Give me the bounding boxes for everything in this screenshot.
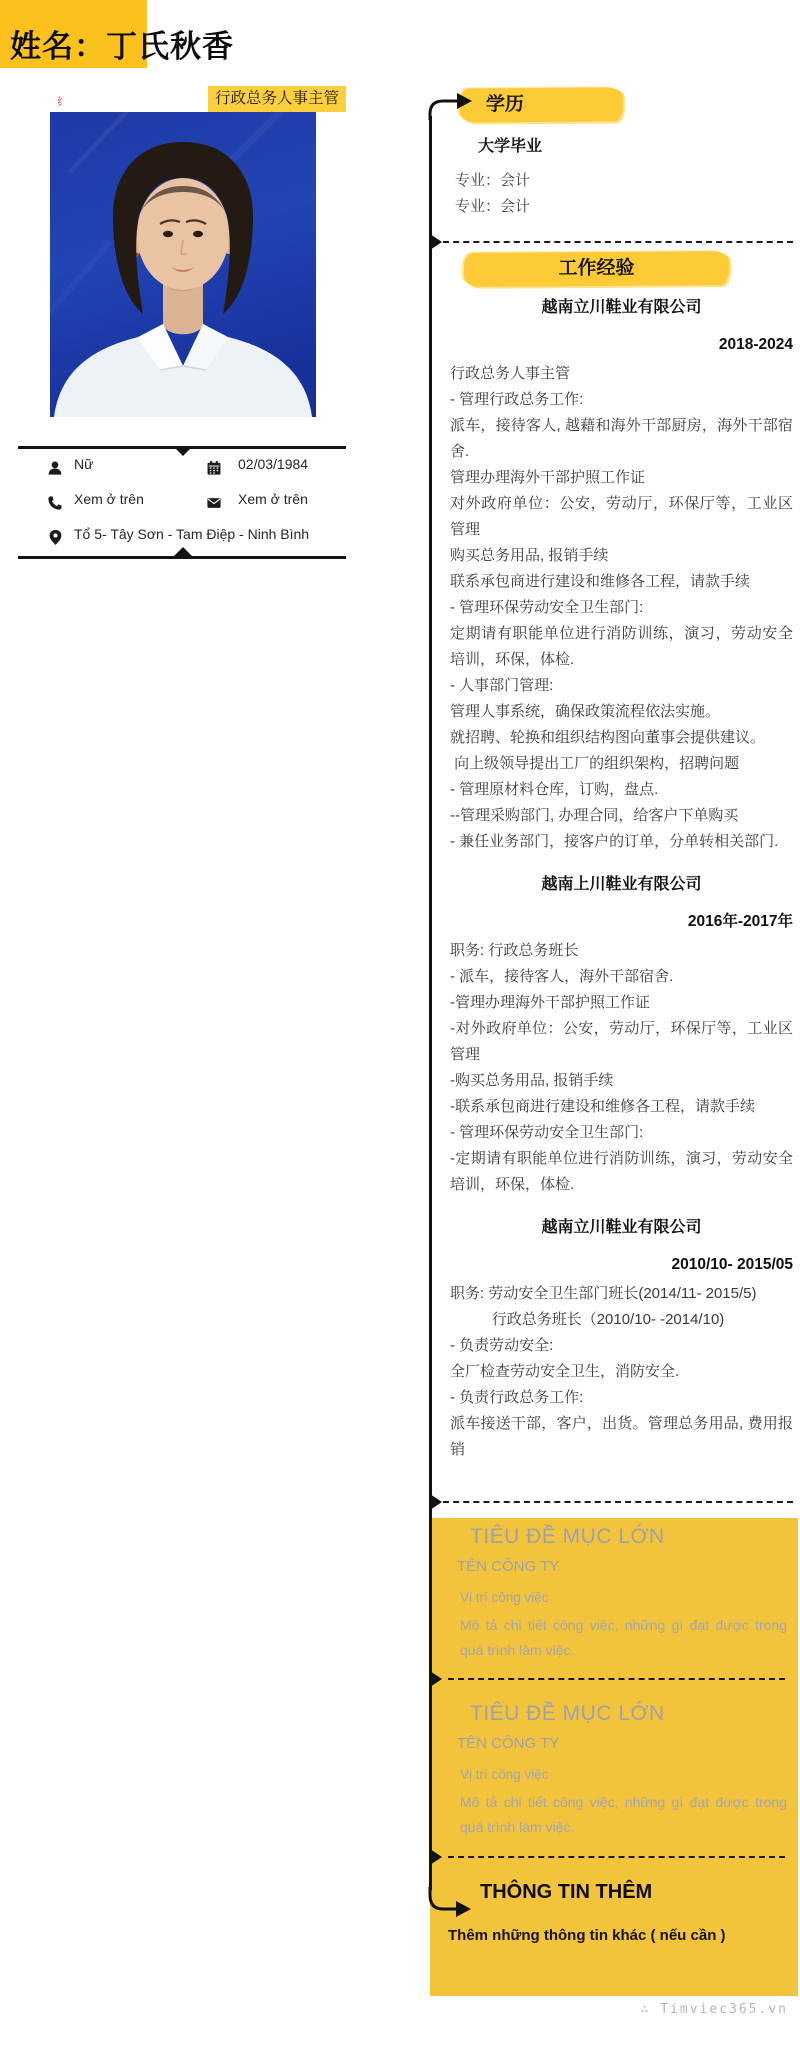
experience-line: 向上级领导提出工厂的组织架构，招聘问题 xyxy=(450,751,793,777)
user-icon xyxy=(48,461,62,475)
more-info-title: THÔNG TIN THÊM xyxy=(430,1880,798,1904)
experience-line: 派车接送干部，客户，出货。管理总务用品, 费用报销 xyxy=(450,1411,793,1463)
experience-line: - 管理环保劳动安全卫生部门: xyxy=(450,595,793,621)
timeline-line xyxy=(429,116,432,1890)
experience-line: -对外政府单位：公安，劳动厅，环保厅等，工业区管理 xyxy=(450,1016,793,1068)
job-lines: 行政总务人事主管- 管理行政总务工作:派车，接待客人, 越藉和海外干部厨房，海外… xyxy=(450,361,793,855)
job-period: 2018-2024 xyxy=(450,336,793,354)
placeholder-description: Mô tả chi tiết công việc, những gì đạt đ… xyxy=(457,1790,787,1840)
placeholder-panel: TIÊU ĐỀ MỤC LỚN TÊN CÔNG TY Vị trí công … xyxy=(430,1518,798,1996)
experience-line: 职务: 行政总务班长 xyxy=(450,938,793,964)
calendar-icon xyxy=(207,461,221,475)
job-lines: 职务: 行政总务班长- 派车，接待客人，海外干部宿舍.-管理办理海外干部护照工作… xyxy=(450,938,793,1198)
experience-line: 职务: 劳动安全卫生部门班长(2014/11- 2015/5) xyxy=(450,1281,793,1307)
triangle-up-icon xyxy=(173,547,193,557)
divider-dashed xyxy=(443,241,793,243)
job-block: 越南立川鞋业有限公司 2010/10- 2015/05 职务: 劳动安全卫生部门… xyxy=(450,1218,793,1463)
experience-line: - 负责劳动安全: xyxy=(450,1333,793,1359)
experience-section-header: 工作经验 xyxy=(464,252,729,286)
experience-line: 行政总务人事主管 xyxy=(450,361,793,387)
experience-line: - 负责行政总务工作: xyxy=(450,1385,793,1411)
arrow-right-icon xyxy=(428,1887,474,1921)
placeholder-position: Vị trí công việc xyxy=(457,1590,787,1606)
candidate-name: 姓名：丁氏秋香 xyxy=(10,21,234,66)
watermark: ∴ Timviec365.vn xyxy=(641,2002,788,2017)
placeholder-block: TIÊU ĐỀ MỤC LỚN TÊN CÔNG TY Vị trí công … xyxy=(457,1701,787,1840)
experience-line: 对外政府单位：公安，劳动厅，环保厅等，工业区管理 xyxy=(450,491,793,543)
job-block: 越南上川鞋业有限公司 2016年-2017年 职务: 行政总务班长- 派车，接待… xyxy=(450,875,793,1198)
experience-line: - 人事部门管理: xyxy=(450,673,793,699)
experience-line: - 管理环保劳动安全卫生部门: xyxy=(450,1120,793,1146)
experience-line: -联系承包商进行建设和维修各工程，请款手续 xyxy=(450,1094,793,1120)
birthdate-value: 02/03/1984 xyxy=(238,456,308,472)
job-title-badge: 行政总务人事主管 xyxy=(208,86,346,112)
experience-line: 管理办理海外干部护照工作证 xyxy=(450,465,793,491)
timeline-marker-icon xyxy=(430,1494,442,1510)
experience-line: 管理人事系统，确保政策流程依法实施。 xyxy=(450,699,793,725)
experience-line: --管理采购部门, 办理合同，给客户下单购买 xyxy=(450,803,793,829)
experience-line: - 管理原材料仓库，订购，盘点. xyxy=(450,777,793,803)
education-degree: 大学毕业 xyxy=(478,133,542,156)
education-major: 专业：会计 xyxy=(455,169,530,190)
company-name: 越南立川鞋业有限公司 xyxy=(450,298,793,317)
experience-line: 定期请有职能单位进行消防训练，演习，劳动安全培训，环保，体检. xyxy=(450,621,793,673)
placeholder-description: Mô tả chi tiết công việc, những gì đạt đ… xyxy=(457,1613,787,1663)
experience-line: - 管理行政总务工作: xyxy=(450,387,793,413)
experience-line: 联系承包商进行建设和维修各工程，请款手续 xyxy=(450,569,793,595)
phone-icon xyxy=(48,496,62,510)
job-period: 2016年-2017年 xyxy=(450,913,793,931)
location-icon xyxy=(49,530,63,544)
email-value: Xem ở trên xyxy=(238,491,308,507)
resume-page: { "header": { "name": "姓名：丁氏秋香", "subtit… xyxy=(0,0,800,2059)
company-name: 越南上川鞋业有限公司 xyxy=(450,875,793,894)
mail-icon xyxy=(207,496,221,510)
placeholder-position: Vị trí công việc xyxy=(457,1767,787,1783)
divider-dashed xyxy=(448,1678,785,1680)
experience-line: 派车，接待客人, 越藉和海外干部厨房，海外干部宿舍. xyxy=(450,413,793,465)
experience-line: -定期请有职能单位进行消防训练，演习，劳动安全培训，环保，体检. xyxy=(450,1146,793,1198)
experience-line: 全厂检查劳动安全卫生，消防安全. xyxy=(450,1359,793,1385)
experience-line: -管理办理海外干部护照工作证 xyxy=(450,990,793,1016)
education-major: 专业：会计 xyxy=(455,195,530,216)
photo-stamp: 纟 xyxy=(56,92,69,109)
timeline-marker-icon xyxy=(430,1671,442,1687)
job-period: 2010/10- 2015/05 xyxy=(450,1256,793,1274)
experience-line: - 派车，接待客人，海外干部宿舍. xyxy=(450,964,793,990)
phone-value: Xem ở trên xyxy=(74,491,144,507)
experience-title: 工作经验 xyxy=(464,251,729,287)
experience-list: 越南立川鞋业有限公司 2018-2024 行政总务人事主管- 管理行政总务工作:… xyxy=(450,296,793,1463)
education-title: 学历 xyxy=(460,87,623,122)
placeholder-title: TIÊU ĐỀ MỤC LỚN xyxy=(457,1701,787,1727)
more-info-section: THÔNG TIN THÊM Thêm những thông tin khác… xyxy=(430,1880,798,1944)
experience-line: 行政总务班长（2010/10- -2014/10) xyxy=(450,1307,793,1333)
experience-line: -购买总务用品, 报销手续 xyxy=(450,1068,793,1094)
company-name: 越南立川鞋业有限公司 xyxy=(450,1218,793,1237)
placeholder-company: TÊN CÔNG TY xyxy=(457,1558,787,1576)
gender-value: Nữ xyxy=(74,456,93,472)
education-section-header: 学历 xyxy=(460,88,623,122)
job-block: 越南立川鞋业有限公司 2018-2024 行政总务人事主管- 管理行政总务工作:… xyxy=(450,298,793,855)
experience-line: 购买总务用品, 报销手续 xyxy=(450,543,793,569)
divider-dashed xyxy=(448,1856,785,1858)
placeholder-company: TÊN CÔNG TY xyxy=(457,1735,787,1753)
experience-line: - 兼任业务部门，接客户的订单，分单转相关部门. xyxy=(450,829,793,855)
experience-line: 就招聘、轮换和组织结构图向董事会提供建议。 xyxy=(450,725,793,751)
profile-photo xyxy=(50,112,316,417)
triangle-down-icon xyxy=(173,446,193,456)
more-info-note: Thêm những thông tin khác ( nếu cần ) xyxy=(430,1927,798,1944)
placeholder-title: TIÊU ĐỀ MỤC LỚN xyxy=(457,1524,787,1550)
arrow-right-icon xyxy=(428,90,474,120)
placeholder-block: TIÊU ĐỀ MỤC LỚN TÊN CÔNG TY Vị trí công … xyxy=(457,1524,787,1663)
timeline-marker-icon xyxy=(430,234,442,250)
photo-person-illustration xyxy=(50,112,316,417)
job-lines: 职务: 劳动安全卫生部门班长(2014/11- 2015/5) 行政总务班长（2… xyxy=(450,1281,793,1463)
timeline-marker-icon xyxy=(430,1849,442,1865)
divider-dashed xyxy=(443,1501,793,1503)
address-value: Tổ 5- Tây Sơn - Tam Điệp - Ninh Bình xyxy=(74,526,309,542)
